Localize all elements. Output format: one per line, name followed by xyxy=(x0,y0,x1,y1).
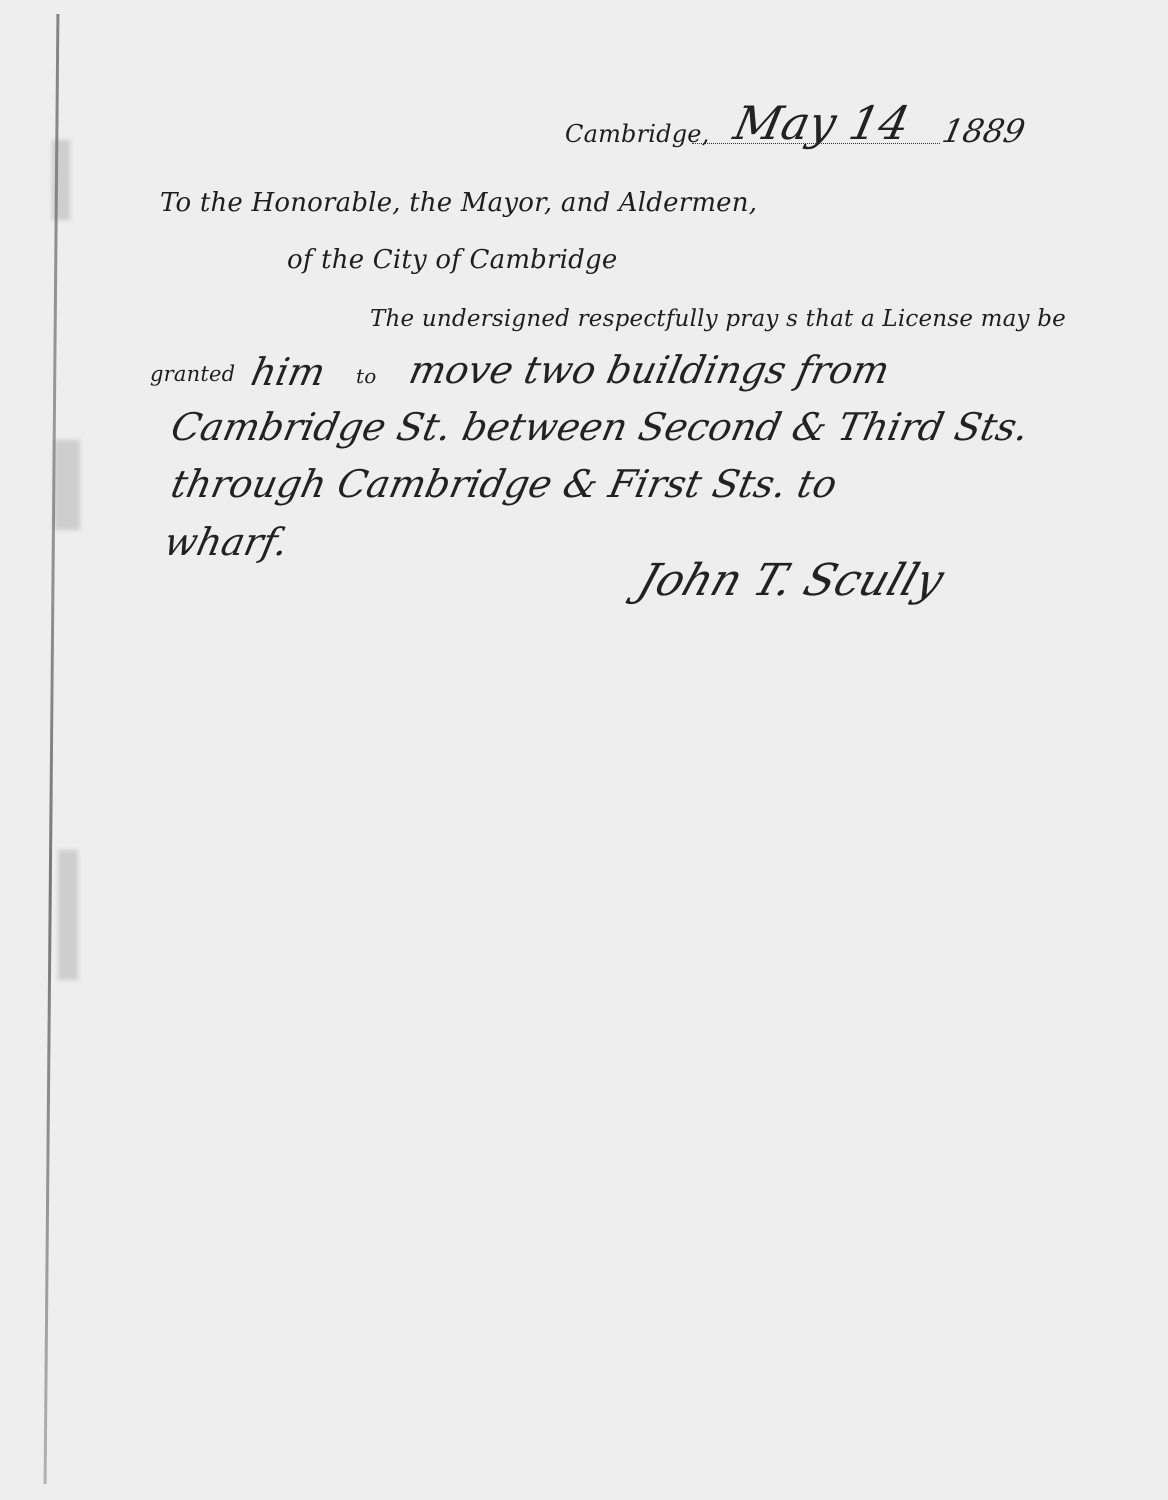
to-label: to xyxy=(356,364,376,388)
binding-edge-shadow xyxy=(44,14,60,1484)
signature: John T. Scully xyxy=(632,555,950,606)
handwritten-pronoun: him xyxy=(247,350,329,394)
salutation-line-2: of the City of Cambridge xyxy=(287,245,617,275)
scanned-document-page: Cambridge, May 14 1889 To the Honorable,… xyxy=(0,0,1168,1500)
granted-label: granted xyxy=(150,362,235,386)
handwritten-line-2: Cambridge St. between Second & Third Sts… xyxy=(167,405,1032,449)
scan-smudge xyxy=(58,850,78,980)
salutation-line-1: To the Honorable, the Mayor, and Alderme… xyxy=(160,188,757,218)
handwritten-line-1: move two buildings from xyxy=(405,348,893,392)
handwritten-date: May 14 xyxy=(729,96,914,150)
handwritten-year: 1889 xyxy=(939,112,1029,150)
handwritten-line-3: through Cambridge & First Sts. to xyxy=(167,462,841,506)
petition-intro-text: The undersigned respectfully pray s that… xyxy=(370,306,1066,332)
scan-smudge xyxy=(54,440,80,530)
handwritten-line-4: wharf. xyxy=(160,520,292,564)
place-label: Cambridge, xyxy=(565,120,710,148)
scan-smudge xyxy=(52,140,70,220)
